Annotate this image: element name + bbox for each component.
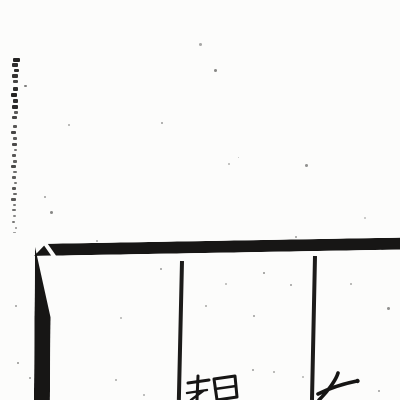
noise-speck (44, 196, 46, 198)
noise-speck (160, 268, 162, 270)
margin-mark (13, 160, 17, 163)
noise-speck (120, 317, 122, 319)
margin-mark (13, 193, 17, 195)
noise-speck (263, 272, 265, 274)
margin-mark (11, 93, 17, 97)
margin-mark (13, 171, 17, 173)
scanned-page (0, 0, 400, 400)
margin-mark (12, 63, 18, 67)
noise-speck (161, 122, 163, 124)
margin-mark (12, 221, 15, 223)
noise-speck (273, 371, 275, 373)
noise-speck (15, 305, 17, 307)
margin-mark (13, 99, 18, 103)
margin-mark (11, 131, 16, 134)
margin-mark (13, 137, 17, 140)
noise-speck (96, 240, 98, 242)
noise-speck (252, 369, 254, 371)
noise-speck (295, 236, 297, 238)
margin-mark (12, 209, 16, 211)
noise-speck (214, 69, 217, 72)
margin-mark (13, 232, 16, 233)
noise-speck (225, 283, 227, 285)
margin-mark (13, 215, 16, 217)
margin-mark (12, 187, 16, 190)
noise-speck (205, 305, 207, 307)
noise-speck (387, 307, 390, 310)
margin-annotation (11, 58, 31, 238)
margin-mark (13, 58, 20, 62)
noise-speck (290, 284, 292, 286)
noise-speck (68, 124, 70, 126)
noise-speck (29, 377, 31, 379)
noise-speck (115, 379, 117, 381)
noise-speck (238, 157, 239, 158)
noise-speck (143, 394, 145, 396)
margin-mark (11, 198, 16, 201)
noise-speck (364, 217, 366, 219)
table-top-border (34, 238, 400, 256)
noise-speck (228, 163, 230, 165)
margin-mark (13, 125, 17, 128)
table-left-border (34, 247, 51, 400)
noise-speck (17, 362, 19, 364)
table-column-line-1 (177, 261, 184, 400)
margin-mark (14, 69, 19, 72)
noise-speck (253, 315, 255, 317)
margin-mark (11, 165, 16, 168)
noise-speck (302, 376, 304, 378)
partial-character-left (184, 373, 242, 400)
noise-speck (378, 390, 380, 392)
margin-mark (12, 116, 17, 119)
noise-speck (50, 211, 53, 214)
noise-speck (350, 283, 352, 285)
noise-speck (199, 43, 202, 46)
margin-mark (24, 85, 27, 87)
margin-mark (15, 227, 17, 229)
margin-mark (13, 80, 18, 83)
partial-character-right (314, 367, 366, 400)
margin-mark (14, 182, 17, 184)
margin-mark (12, 105, 18, 109)
margin-mark (12, 143, 17, 146)
noise-speck (305, 164, 308, 167)
margin-mark (14, 111, 18, 114)
margin-mark (13, 87, 18, 91)
margin-mark (12, 176, 16, 179)
margin-mark (14, 149, 17, 151)
margin-mark (12, 74, 18, 78)
margin-mark (13, 204, 16, 206)
margin-mark (12, 154, 16, 157)
